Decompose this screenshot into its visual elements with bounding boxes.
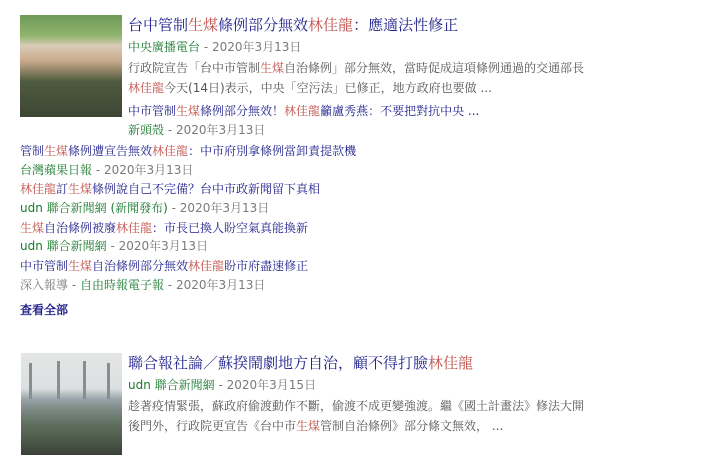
result-source-line: 中央廣播電台 - 2020年3月13日 [128, 39, 301, 55]
link-text: ：中市府別拿條例當卸責提款機 [188, 144, 356, 158]
result-title-link[interactable]: 台中管制生煤條例部分無效林佳龍：應適法性修正 [128, 16, 458, 34]
result-snippet-line: 行政院宣告「台中市管制生煤自治條例」部分無效，當時促成這項條例通過的交通部長 [128, 59, 584, 77]
link-text: 條例部分無效！ [200, 104, 284, 118]
link-text: 管制 [20, 144, 44, 158]
link-highlight: 林佳龍 [188, 259, 224, 273]
result-title-link[interactable]: 聯合報社論／蘇揆鬧劇地方自治，顧不得打臉林佳龍 [128, 354, 473, 372]
source-name: udn 聯合新聞網 [128, 378, 215, 392]
link-highlight: 生煤 [176, 104, 200, 118]
chimney-shape [29, 363, 32, 399]
snippet-text: 自治條例」部分無效，當時促成這項條例通過的交通部長 [284, 61, 584, 75]
related-link[interactable]: 林佳龍訂生煤條例說自己不完備？台中市政新聞留下真相 [20, 181, 320, 197]
link-text: 中市管制 [20, 259, 68, 273]
link-highlight: 生煤 [68, 182, 92, 196]
link-text: 訂 [56, 182, 68, 196]
snippet-text: 趁著疫情緊張，蘇政府偷渡動作不斷，偷渡不成更變強渡。繼《國土計畫法》修法大開 [128, 399, 584, 413]
title-text: 台中管制 [128, 16, 188, 34]
snippet-highlight: 生煤 [296, 419, 320, 433]
source-name: 中央廣播電台 [128, 40, 200, 54]
link-text: 條例說自己不完備？台中市政新聞留下真相 [92, 182, 320, 196]
link-highlight: 林佳龍 [116, 221, 152, 235]
chimney-shape [57, 361, 60, 399]
result-source-line: udn 聯合新聞網 - 2020年3月15日 [128, 377, 316, 393]
sub-result-source-line: 新頭殼 - 2020年3月13日 [128, 122, 265, 138]
source-prefix: 深入報導 - [20, 278, 80, 292]
link-highlight: 生煤 [68, 259, 92, 273]
view-all-link[interactable]: 查看全部 [20, 301, 68, 318]
source-name: udn 聯合新聞網 (新聞發布) [20, 201, 168, 215]
result-snippet-line: 林佳龍今天(14日)表示，中央「空污法」已修正，地方政府也要做 ... [128, 79, 492, 97]
title-text: 條例部分無效 [218, 16, 308, 34]
related-link[interactable]: 生煤自治條例被廢林佳龍：市長已換人盼空氣真能換新 [20, 220, 308, 236]
link-highlight: 生煤 [44, 144, 68, 158]
link-text: 籲盧秀燕：不要把對抗中央 ... [320, 104, 479, 118]
source-name: 新頭殼 [128, 123, 164, 137]
publish-date: 2020年3月13日 [176, 123, 265, 137]
source-name: 自由時報電子報 [80, 278, 164, 292]
related-source-line: udn 聯合新聞網 (新聞發布) - 2020年3月13日 [20, 200, 269, 216]
related-link[interactable]: 中市管制生煤自治條例部分無效林佳龍盼市府盡速修正 [20, 258, 308, 274]
related-source-line: 台灣蘋果日報 - 2020年3月13日 [20, 162, 193, 178]
link-text: 盼市府盡速修正 [224, 259, 308, 273]
link-text: 中市管制 [128, 104, 176, 118]
result-thumbnail[interactable] [20, 15, 122, 117]
related-source-line: 深入報導 - 自由時報電子報 - 2020年3月13日 [20, 277, 265, 293]
title-highlight: 林佳龍 [428, 354, 473, 372]
publish-date: 2020年3月13日 [104, 163, 193, 177]
result-snippet-line: 趁著疫情緊張，蘇政府偷渡動作不斷，偷渡不成更變強渡。繼《國土計畫法》修法大開 [128, 397, 584, 415]
snippet-text: 行政院宣告「台中市管制 [128, 61, 260, 75]
publish-date: 2020年3月13日 [212, 40, 301, 54]
snippet-highlight: 生煤 [260, 61, 284, 75]
title-text: 聯合報社論／蘇揆鬧劇地方自治，顧不得打臉 [128, 354, 428, 372]
result-snippet-line: 後門外，行政院更宣告《台中市生煤管制自治條例》部分條文無效， ... [128, 417, 503, 435]
link-text: 自治條例部分無效 [92, 259, 188, 273]
link-highlight: 生煤 [20, 221, 44, 235]
link-highlight: 林佳龍 [152, 144, 188, 158]
title-highlight: 林佳龍 [308, 16, 353, 34]
result-thumbnail[interactable] [21, 353, 122, 455]
snippet-highlight: 林佳龍 [128, 81, 164, 95]
chimney-shape [107, 363, 110, 399]
title-highlight: 生煤 [188, 16, 218, 34]
publish-date: 2020年3月15日 [227, 378, 316, 392]
snippet-text: 今天(14日)表示，中央「空污法」已修正，地方政府也要做 ... [164, 81, 492, 95]
link-text: 自治條例被廢 [44, 221, 116, 235]
publish-date: 2020年3月13日 [176, 278, 265, 292]
related-source-line: udn 聯合新聞網 - 2020年3月13日 [20, 238, 208, 254]
source-name: udn 聯合新聞網 [20, 239, 107, 253]
snippet-text: 管制自治條例》部分條文無效， ... [320, 419, 503, 433]
related-link[interactable]: 管制生煤條例遭宣告無效林佳龍：中市府別拿條例當卸責提款機 [20, 143, 356, 159]
publish-date: 2020年3月13日 [180, 201, 269, 215]
snippet-text: 後門外，行政院更宣告《台中市 [128, 419, 296, 433]
link-text: 條例遭宣告無效 [68, 144, 152, 158]
publish-date: 2020年3月13日 [119, 239, 208, 253]
chimney-shape [83, 361, 86, 399]
link-highlight: 林佳龍 [284, 104, 320, 118]
title-text: ：應適法性修正 [353, 16, 458, 34]
link-text: ：市長已換人盼空氣真能換新 [152, 221, 308, 235]
link-highlight: 林佳龍 [20, 182, 56, 196]
sub-result-link[interactable]: 中市管制生煤條例部分無效！林佳龍籲盧秀燕：不要把對抗中央 ... [128, 103, 479, 119]
source-name: 台灣蘋果日報 [20, 163, 92, 177]
